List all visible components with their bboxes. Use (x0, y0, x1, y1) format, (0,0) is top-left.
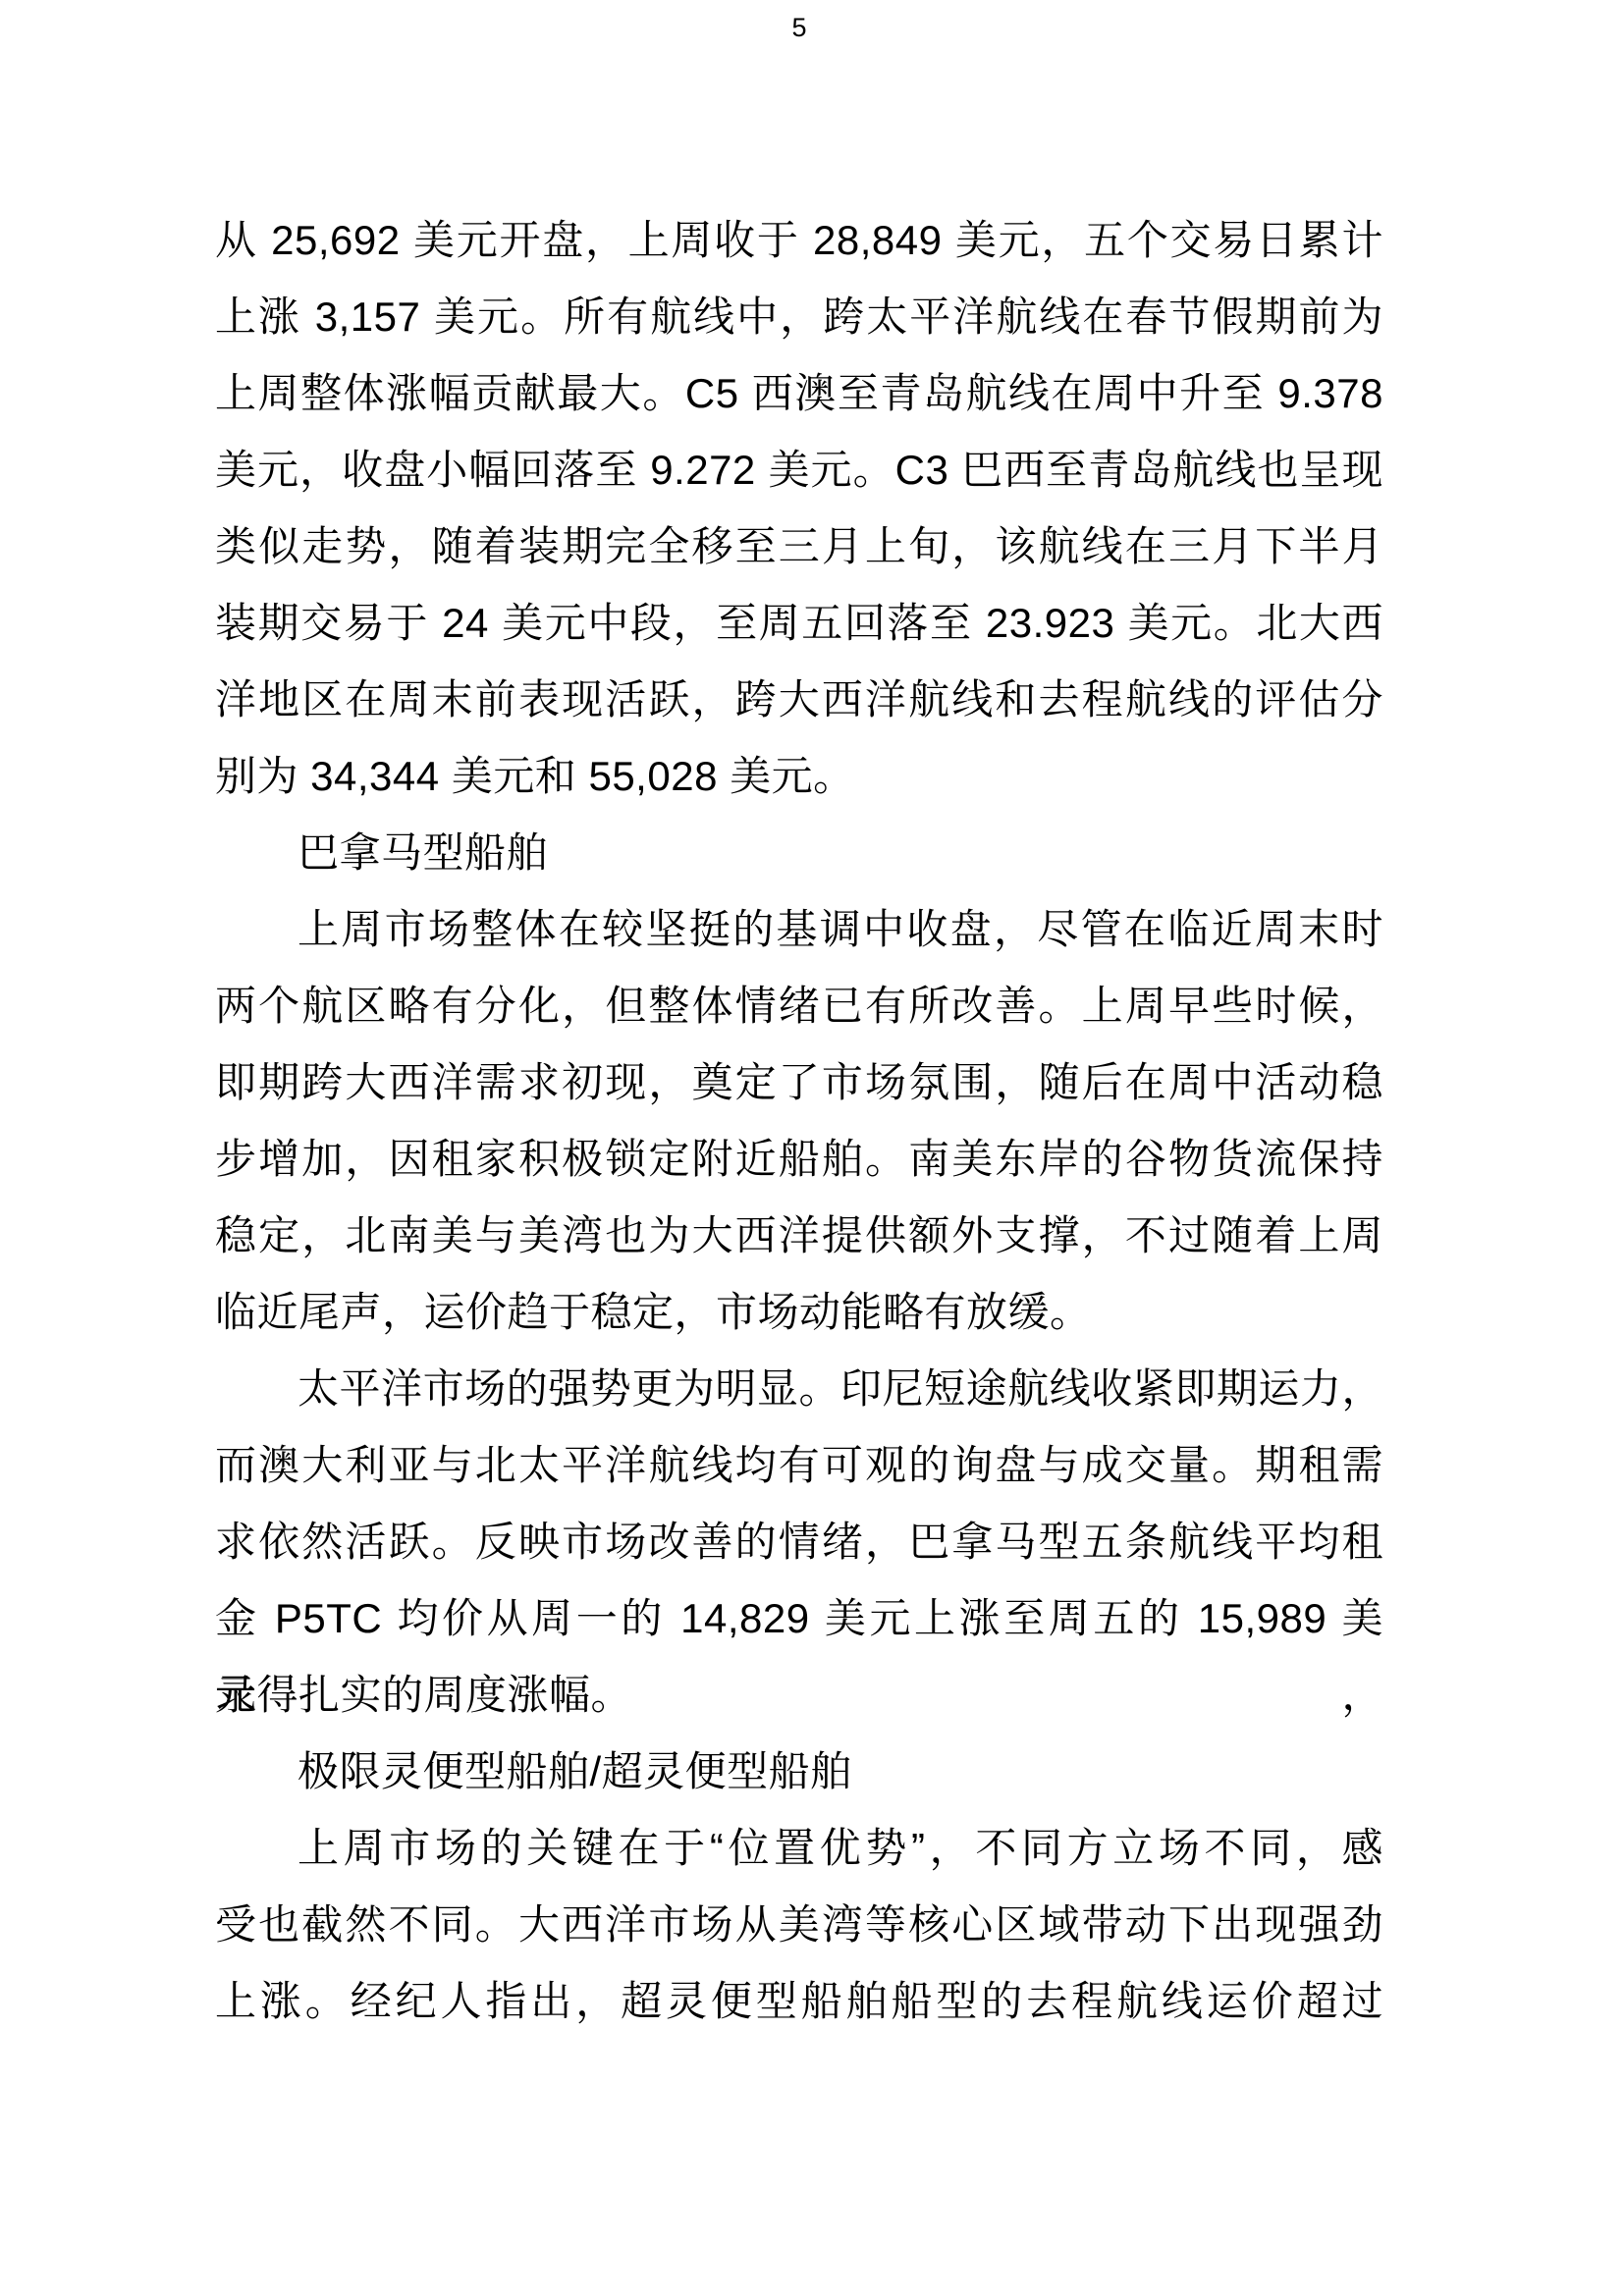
text-line: 上周市场的关键在于“位置优势”，不同方立场不同，感 (215, 1810, 1383, 1887)
text-line: 类似走势，随着装期完全移至三月上旬，该航线在三月下半月 (215, 508, 1383, 585)
text-line: 上周整体涨幅贡献最大。C5 西澳至青岛航线在周中升至 9.378 (215, 355, 1383, 432)
text-line: 上周市场整体在较坚挺的基调中收盘，尽管在临近周末时 (215, 891, 1383, 968)
section-heading: 巴拿马型船舶 (215, 815, 1383, 891)
section-heading: 极限灵便型船舶/超灵便型船舶 (215, 1734, 1383, 1810)
text-line: 步增加，因租家积极锁定附近船舶。南美东岸的谷物货流保持 (215, 1121, 1383, 1198)
text-line: 两个航区略有分化，但整体情绪已有所改善。上周早些时候， (215, 968, 1383, 1044)
text-line: 从 25,692 美元开盘，上周收于 28,849 美元，五个交易日累计 (215, 202, 1383, 279)
text-line: 金 P5TC 均价从周一的 14,829 美元上涨至周五的 15,989 美元， (215, 1580, 1383, 1657)
text-line: 受也截然不同。大西洋市场从美湾等核心区域带动下出现强劲 (215, 1887, 1383, 1963)
text-line: 洋地区在周末前表现活跃，跨大西洋航线和去程航线的评估分 (215, 662, 1383, 738)
text-line: 美元，收盘小幅回落至 9.272 美元。C3 巴西至青岛航线也呈现 (215, 432, 1383, 508)
text-line: 别为 34,344 美元和 55,028 美元。 (215, 738, 1383, 815)
text-line: 即期跨大西洋需求初现，奠定了市场氛围，随后在周中活动稳 (215, 1044, 1383, 1121)
text-line: 上涨 3,157 美元。所有航线中，跨太平洋航线在春节假期前为 (215, 279, 1383, 355)
text-line: 临近尾声，运价趋于稳定，市场动能略有放缓。 (215, 1274, 1383, 1351)
document-body: 从 25,692 美元开盘，上周收于 28,849 美元，五个交易日累计上涨 3… (215, 202, 1383, 2040)
document-page: 5 从 25,692 美元开盘，上周收于 28,849 美元，五个交易日累计上涨… (0, 0, 1624, 2296)
text-line: 求依然活跃。反映市场改善的情绪，巴拿马型五条航线平均租 (215, 1504, 1383, 1580)
text-line: 稳定，北南美与美湾也为大西洋提供额外支撑，不过随着上周 (215, 1198, 1383, 1274)
text-line: 装期交易于 24 美元中段，至周五回落至 23.923 美元。北大西 (215, 585, 1383, 662)
page-number: 5 (215, 8, 1383, 47)
text-line: 而澳大利亚与北太平洋航线均有可观的询盘与成交量。期租需 (215, 1427, 1383, 1504)
text-line: 太平洋市场的强势更为明显。印尼短途航线收紧即期运力， (215, 1351, 1383, 1427)
text-line: 上涨。经纪人指出，超灵便型船舶船型的去程航线运价超过 (215, 1963, 1383, 2040)
